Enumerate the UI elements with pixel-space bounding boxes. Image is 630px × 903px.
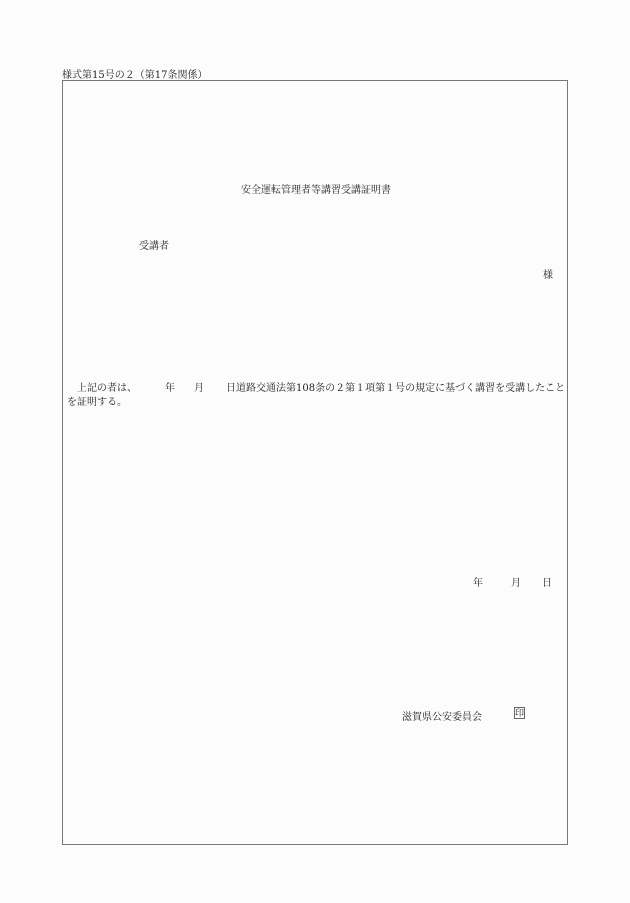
issue-date: 年月日 <box>473 574 552 589</box>
seal-stamp-icon: 印 <box>514 707 525 719</box>
certificate-title: 安全運転管理者等講習受講証明書 <box>241 181 391 196</box>
body-month-label: 月 <box>194 383 204 394</box>
issue-month-label: 月 <box>511 574 521 589</box>
honorific-sama: 様 <box>543 266 553 281</box>
issuer-name: 滋賀県公安委員会 <box>402 708 482 723</box>
body-year-label: 年 <box>165 383 175 394</box>
body-line-2: を証明する。 <box>67 396 557 410</box>
issue-day-label: 日 <box>542 574 552 589</box>
body-line-1: 上記の者は、年月日道路交通法第108条の２第１項第１号の規定に基づく講習を受講し… <box>67 382 557 396</box>
certificate-frame: 安全運転管理者等講習受講証明書 受講者 様 上記の者は、年月日道路交通法第108… <box>62 80 568 845</box>
body-part-2: 日道路交通法第108条の２第１項第１号の規定に基づく講習を受講したこと <box>226 383 565 394</box>
certification-body: 上記の者は、年月日道路交通法第108条の２第１項第１号の規定に基づく講習を受講し… <box>67 382 557 410</box>
body-part-1: 上記の者は、 <box>77 383 137 394</box>
recipient-label: 受講者 <box>139 237 169 252</box>
form-number-label: 様式第15号の２（第17条関係） <box>62 66 207 81</box>
issue-year-label: 年 <box>473 574 483 589</box>
